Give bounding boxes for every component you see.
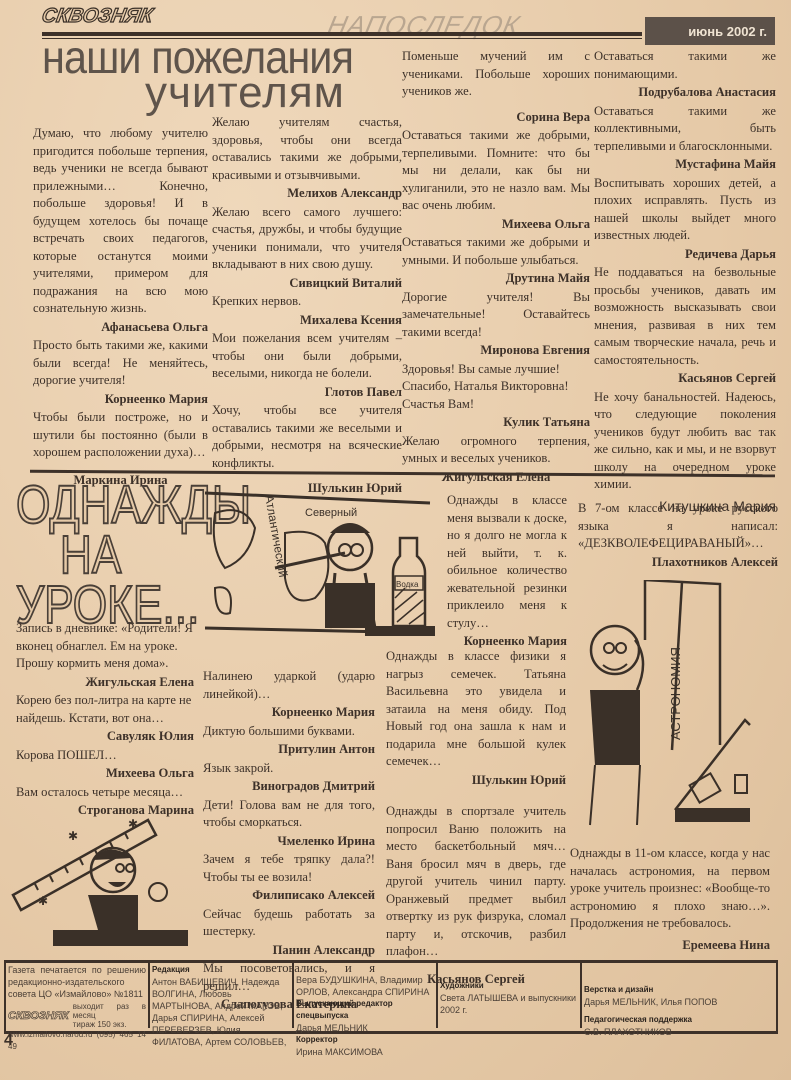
wish-author: Редичева Дарья [594,246,776,264]
wish-text: Желаю огромного терпения, умных и веселы… [402,433,590,468]
quote-author: Филиписако Алексей [203,887,375,905]
lesson-column-3-top: Однажды в классе меня вызвали к доске, н… [447,492,567,652]
quote-author: Чмеленко Ирина [203,833,375,851]
cartoon-astronomy-illustration: АСТРОНОМИЯ [575,580,785,830]
quote-author: Михеева Ольга [16,765,194,783]
lesson-column-1: Запись в дневнике: «Родители! Я вконец о… [16,620,194,821]
wish-text: Оставаться такими же добрыми и умными. И… [402,234,590,269]
wish-text: Мои пожелания всем учителям – чтобы они … [212,330,402,383]
exec-editor-label: Выпускающий редактор спецвыпуска [296,998,434,1022]
wish-text: Не хочу банальностей. Надеюсь, что следу… [594,389,776,494]
quote-text: Однажды в классе физики я нагрыз семечек… [386,648,566,771]
imprint-text: Газета печатается по решению редакционно… [8,964,146,1000]
issue-date-badge: июнь 2002 г. [645,17,775,45]
svg-text:✱: ✱ [128,817,138,831]
wish-text: Просто быть такими же, какими были всегд… [33,337,208,390]
wish-text: Здоровья! Вы самые лучшие! Спасибо, Ната… [402,361,590,414]
issue-date: июнь 2002 г. [688,24,767,39]
editorial-names-cont: Вера БУДУШКИНА, Владимир ОРЛОВ, Александ… [296,974,434,998]
wishes-column-3: Поменьше мучений им с учениками. Побольш… [402,48,590,487]
wish-text: Оставаться такими же добрыми, терпеливым… [402,127,590,215]
lesson-title-line1: ОДНАЖДЫ [16,480,165,530]
quote-text: Однажды в 11-ом классе, когда у нас нача… [570,845,770,933]
wish-author: Мелихов Александр [212,185,402,203]
quote-text: Зачем я тебе тряпку дала?! Чтобы ты ее в… [203,851,375,886]
masthead-logo: СКВОЗНЯК [40,5,154,28]
quote-text: Диктую большими буквами. [203,723,375,741]
quote-text: Сейчас будешь работать за шестерку. [203,906,375,941]
wish-author: Глотов Павел [212,384,402,402]
proofreader: Ирина МАКСИМОВА [296,1046,434,1058]
cartoon-label-door: АСТРОНОМИЯ [668,647,683,740]
wish-text: Хочу, чтобы все учителя оставались таким… [212,402,402,472]
pedagogic-names: С.В. ПЛАХОТНИКОВ [584,1026,770,1038]
wish-text: Оставаться такими же коллективными, быть… [594,103,776,156]
imprint-divider [580,962,582,1028]
quote-author: Корнеенко Мария [203,704,375,722]
imprint-contacts: www.izmailovo.narod.ru (095) 465 14 49 [8,1029,146,1053]
quote-text: Язык закрой. [203,760,375,778]
section-tag: НАПОСЛЕДОК [325,10,523,41]
lesson-title: ОДНАЖДЫ НА УРОКЕ... [16,480,165,630]
exec-editor: Дарья МЕЛЬНИК [296,1022,434,1034]
imprint-divider [292,962,294,1028]
wishes-column-4: Оставаться такими же понимающими. Подруб… [594,48,776,515]
wish-text: Поменьше мучений им с учениками. Побольш… [402,48,590,101]
quote-author: Шулькин Юрий [386,772,566,790]
imprint-logo-row: СКВОЗНЯК выходит раз в месяцтираж 150 эк… [8,1002,146,1029]
cartoon-label-ocean: Атлантический [262,494,290,578]
pedagogic-label: Педагогическая поддержка [584,1014,770,1026]
svg-text:✱: ✱ [38,894,48,908]
lesson-title-line2: НА [16,530,165,580]
wishes-column-2: Желаю учителям счастья, здоровья, чтобы … [212,114,402,499]
imprint-editorial: Редакция Антон ВАБИЩЕВИЧ, Надежда ВОЛГИН… [152,964,290,1048]
quote-author: Притулин Антон [203,741,375,759]
quote-text: Однажды в классе меня вызвали к доске, н… [447,492,567,632]
wish-author: Михалева Ксения [212,312,402,330]
quote-text: Дети! Голова вам не для того, чтобы смор… [203,797,375,832]
quote-author: Жигульская Елена [16,674,194,692]
quote-text: Вам осталось четыре месяца… [16,784,194,802]
quote-text: В 7-ом классе на уроке русского языка я … [578,500,778,553]
wish-text: Думаю, что любому учителю пригодится поб… [33,125,208,318]
wish-author: Мустафина Майя [594,156,776,174]
imprint-divider [436,962,438,1028]
imprint-layout: Верстка и дизайн Дарья МЕЛЬНИК, Илья ПОП… [584,984,770,1038]
wish-text: Крепких нервов. [212,293,402,311]
wish-author: Подрубалова Анастасия [594,84,776,102]
quote-text: Корею без пол-литра на карте не найдешь.… [16,692,194,727]
quote-author: Савуляк Юлия [16,728,194,746]
cartoon-ruler-illustration: ✱ ✱ ✱ [8,800,188,950]
wish-author: Кулик Татьяна [402,414,590,432]
cartoon-map-illustration: Атлантический Северный Водка [205,488,435,648]
quote-text: Однажды в спортзале учитель попросил Ван… [386,803,566,961]
editorial-label: Редакция [152,964,290,976]
imprint-logo: СКВОЗНЯК [8,1010,69,1022]
wish-author: Михеева Ольга [402,216,590,234]
wish-author: Миронова Евгения [402,342,590,360]
wish-author: Афанасьева Ольга [33,319,208,337]
wish-author: Касьянов Сергей [594,370,776,388]
imprint-divider [148,962,150,1028]
wish-text: Не поддаваться на безвольные просьбы уче… [594,264,776,369]
wish-author: Друтина Майя [402,270,590,288]
wish-text: Желаю всего самого лучшего: счастья, дру… [212,204,402,274]
wish-author: Корнеенко Мария [33,391,208,409]
svg-text:✱: ✱ [68,829,78,843]
wish-author: Сорина Вера [402,109,590,127]
wishes-title-line2: учителям [145,68,345,118]
lesson-column-4-bottom: Однажды в 11-ом классе, когда у нас нача… [570,845,770,955]
cartoon-label-north: Северный [305,507,357,519]
imprint-publisher: Газета печатается по решению редакционно… [8,964,146,1053]
wish-text: Воспитывать хороших детей, а плохих испр… [594,175,776,245]
quote-text: Корова ПОШЕЛ… [16,747,194,765]
page-number: 4 [4,1032,13,1050]
imprint-frequency: выходит раз в месяцтираж 150 экз. [73,1002,146,1029]
imprint-editors: Вера БУДУШКИНА, Владимир ОРЛОВ, Александ… [296,974,434,1058]
wish-text: Чтобы были построже, но и шутили бы пост… [33,409,208,462]
wish-author: Сивицкий Виталий [212,275,402,293]
lesson-column-4: В 7-ом классе на уроке русского языка я … [578,500,778,572]
artists: Света ЛАТЫШЕВА и выпускники 2002 г. [440,992,576,1016]
layout-names: Дарья МЕЛЬНИК, Илья ПОПОВ [584,996,770,1008]
cartoon-label-bottle: Водка [396,580,419,589]
quote-text: Налинею ударкой (ударю линейкой)… [203,668,375,703]
layout-label: Верстка и дизайн [584,984,770,996]
wish-text: Желаю учителям счастья, здоровья, чтобы … [212,114,402,184]
quote-text: Запись в дневнике: «Родители! Я вконец о… [16,620,194,673]
wish-text: Оставаться такими же понимающими. [594,48,776,83]
imprint-artists: Художники Света ЛАТЫШЕВА и выпускники 20… [440,980,576,1016]
editorial-names: Антон ВАБИЩЕВИЧ, Надежда ВОЛГИНА, Любовь… [152,976,290,1048]
wish-text: Дорогие учителя! Вы замечательные! Остав… [402,289,590,342]
artists-label: Художники [440,980,576,992]
wish-author: Жигульская Елена [402,469,590,487]
quote-author: Плахотников Алексей [578,554,778,572]
quote-author: Еремеева Нина [570,937,770,955]
lesson-column-3: Однажды в классе физики я нагрыз семечек… [386,648,566,989]
proofreader-label: Корректор [296,1034,434,1046]
quote-author: Панин Александр [203,942,375,960]
quote-author: Виноградов Дмитрий [203,778,375,796]
wishes-column-1: Думаю, что любому учителю пригодится поб… [33,125,208,490]
